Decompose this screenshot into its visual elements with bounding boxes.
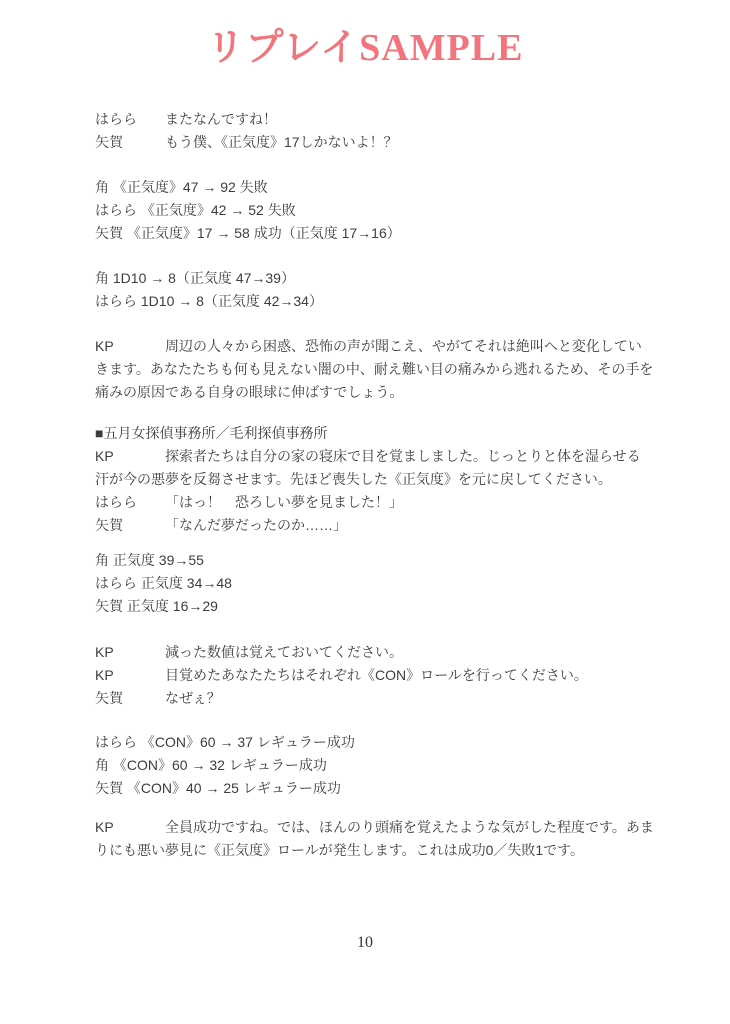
dice-result-line: 角 1D10 → 8（正気度 47→39） xyxy=(95,267,695,290)
dice-result-line: 角 《正気度》47 → 92 失敗 xyxy=(95,176,695,199)
line-text: はらら 正気度 34→48 xyxy=(95,575,232,591)
kp-narration: KP全員成功ですね。では、ほんのり頭痛を覚えたような気がした程度です。あま りに… xyxy=(95,816,695,862)
dice-result-line: 角 正気度 39→55 xyxy=(95,549,695,572)
line-text: 角 1D10 → 8（正気度 47→39） xyxy=(95,270,295,286)
line-text: はらら 1D10 → 8（正気度 42→34） xyxy=(95,293,323,309)
replay-transcript: はららまたなんですね！ 矢賀もう僕、《正気度》17しかないよ！？ 角 《正気度》… xyxy=(95,108,695,862)
line-text: 全員成功ですね。では、ほんのり頭痛を覚えたような気がした程度です。あま りにも悪… xyxy=(95,819,654,858)
speaker-name: KP xyxy=(95,445,165,468)
line-text: 周辺の人々から困惑、恐怖の声が聞こえ、やがてそれは絶叫へと変化してい きます。あ… xyxy=(95,338,653,400)
dice-result-block: 角 《正気度》47 → 92 失敗 はらら 《正気度》42 → 52 失敗 矢賀… xyxy=(95,176,695,245)
dialogue-line: はららまたなんですね！ xyxy=(95,108,695,131)
dice-result-block: 角 正気度 39→55 はらら 正気度 34→48 矢賀 正気度 16→29 xyxy=(95,549,695,618)
dice-result-line: 矢賀 《正気度》17 → 58 成功（正気度 17→16） xyxy=(95,222,695,245)
kp-narration: KP探索者たちは自分の家の寝床で目を覚ましました。じっとりと体を湿らせる 汗が今… xyxy=(95,445,695,491)
speaker-name: KP xyxy=(95,335,165,358)
dialogue-block: KP周辺の人々から困惑、恐怖の声が聞こえ、やがてそれは絶叫へと変化してい きます… xyxy=(95,335,695,404)
dice-result-line: はらら 《正気度》42 → 52 失敗 xyxy=(95,199,695,222)
kp-narration: KP周辺の人々から困惑、恐怖の声が聞こえ、やがてそれは絶叫へと変化してい きます… xyxy=(95,335,695,404)
speaker-name: KP xyxy=(95,816,165,839)
line-text: 角 《正気度》47 → 92 失敗 xyxy=(95,179,268,195)
line-text: はらら 《CON》60 → 37 レギュラー成功 xyxy=(95,734,355,750)
dice-result-line: 矢賀 正気度 16→29 xyxy=(95,595,695,618)
dice-result-line: 矢賀 《CON》40 → 25 レギュラー成功 xyxy=(95,777,695,800)
line-text: 「なんだ夢だったのか……」 xyxy=(165,517,347,533)
line-text: 矢賀 《CON》40 → 25 レギュラー成功 xyxy=(95,780,341,796)
section-heading: ■五月女探偵事務所／毛利探偵事務所 xyxy=(95,422,695,445)
kp-narration: KP減った数値は覚えておいてください。 xyxy=(95,641,695,664)
dice-result-line: はらら 正気度 34→48 xyxy=(95,572,695,595)
speaker-name: はらら xyxy=(95,108,165,131)
line-text: 「はっ！ 恐ろしい夢を見ました！」 xyxy=(165,494,403,510)
dialogue-line: 矢賀もう僕、《正気度》17しかないよ！？ xyxy=(95,131,695,154)
dialogue-block: KP全員成功ですね。では、ほんのり頭痛を覚えたような気がした程度です。あま りに… xyxy=(95,816,695,862)
dice-result-line: はらら 《CON》60 → 37 レギュラー成功 xyxy=(95,731,695,754)
scene-block: ■五月女探偵事務所／毛利探偵事務所 KP探索者たちは自分の家の寝床で目を覚ましま… xyxy=(95,422,695,537)
line-text: 目覚めたあなたたちはそれぞれ《CON》ロールを行ってください。 xyxy=(165,667,588,683)
line-text: 探索者たちは自分の家の寝床で目を覚ましました。じっとりと体を湿らせる 汗が今の悪… xyxy=(95,448,641,487)
kp-narration: KP目覚めたあなたたちはそれぞれ《CON》ロールを行ってください。 xyxy=(95,664,695,687)
line-text: 矢賀 正気度 16→29 xyxy=(95,598,218,614)
dice-result-block: 角 1D10 → 8（正気度 47→39） はらら 1D10 → 8（正気度 4… xyxy=(95,267,695,313)
line-text: ■五月女探偵事務所／毛利探偵事務所 xyxy=(95,425,327,441)
speaker-name: KP xyxy=(95,641,165,664)
speaker-name: 矢賀 xyxy=(95,687,165,710)
dialogue-block: KP減った数値は覚えておいてください。 KP目覚めたあなたたちはそれぞれ《CON… xyxy=(95,641,695,710)
line-text: なぜぇ？ xyxy=(165,690,221,706)
page-title: リプレイSAMPLE xyxy=(0,16,730,71)
line-text: 減った数値は覚えておいてください。 xyxy=(165,644,403,660)
dice-result-line: 角 《CON》60 → 32 レギュラー成功 xyxy=(95,754,695,777)
dialogue-block: はららまたなんですね！ 矢賀もう僕、《正気度》17しかないよ！？ xyxy=(95,108,695,154)
line-text: 角 正気度 39→55 xyxy=(95,552,204,568)
line-text: もう僕、《正気度》17しかないよ！？ xyxy=(165,134,398,150)
dice-result-block: はらら 《CON》60 → 37 レギュラー成功 角 《CON》60 → 32 … xyxy=(95,731,695,800)
line-text: 矢賀 《正気度》17 → 58 成功（正気度 17→16） xyxy=(95,225,401,241)
line-text: またなんですね！ xyxy=(165,111,277,127)
document-page: リプレイSAMPLE はららまたなんですね！ 矢賀もう僕、《正気度》17しかない… xyxy=(0,0,730,1024)
dice-result-line: はらら 1D10 → 8（正気度 42→34） xyxy=(95,290,695,313)
page-number: 10 xyxy=(0,934,730,952)
speaker-name: 矢賀 xyxy=(95,514,165,537)
dialogue-line: 矢賀なぜぇ？ xyxy=(95,687,695,710)
line-text: はらら 《正気度》42 → 52 失敗 xyxy=(95,202,296,218)
speaker-name: はらら xyxy=(95,491,165,514)
dialogue-line: 矢賀「なんだ夢だったのか……」 xyxy=(95,514,695,537)
speaker-name: 矢賀 xyxy=(95,131,165,154)
speaker-name: KP xyxy=(95,664,165,687)
dialogue-line: はらら「はっ！ 恐ろしい夢を見ました！」 xyxy=(95,491,695,514)
line-text: 角 《CON》60 → 32 レギュラー成功 xyxy=(95,757,327,773)
